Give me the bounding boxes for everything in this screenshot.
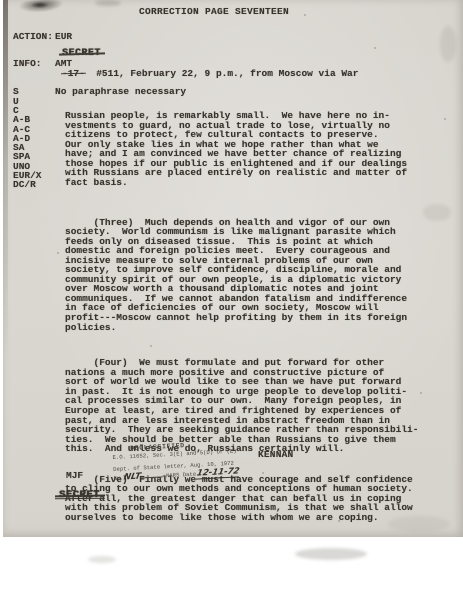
telegram-heading: #511, February 22, 9 p.m., from Moscow v…: [96, 68, 358, 79]
scan-smudge: [388, 516, 450, 532]
noise-speck: [150, 345, 152, 347]
distribution-column: ACTION: INFO: S U C A-B A-C A-D SA SPA U…: [13, 13, 53, 208]
scan-smudge: [440, 26, 456, 62]
noise-speck: [304, 14, 306, 16]
clerk-initials: MJF: [66, 471, 83, 480]
scan-edge-shadow: [3, 0, 8, 360]
action-value: EUR: [55, 32, 186, 41]
pencil-scribble-dark: [31, 2, 48, 8]
noise-speck: [262, 472, 264, 474]
nars-date-label: NARS Date: [166, 471, 197, 480]
scan-smudge: [95, 0, 121, 6]
info-label: INFO:: [13, 59, 53, 68]
struck-page-number: -17-: [62, 69, 85, 78]
para-three: (Three) Much depends on health and vigor…: [65, 218, 433, 333]
scan-smudge: [295, 548, 367, 560]
noise-speck: [338, 520, 340, 522]
signature-underline: [140, 471, 162, 478]
telegram-heading-line: -17- #511, February 22, 9 p.m., from Mos…: [62, 69, 358, 78]
noise-speck: [374, 47, 376, 49]
declassification-stamp: DECLASSIFIED E.O. 11652, Sec. 3(E) and 5…: [112, 439, 254, 484]
by-label: By: [114, 475, 121, 482]
spacer: [85, 68, 96, 79]
by-signature-handwritten: NLT: [123, 472, 142, 482]
para-continuation: Russian people, is remarkably small. We …: [65, 111, 433, 187]
secret-stamp-top-struck: SECRET: [62, 48, 101, 57]
scan-smudge: [88, 556, 116, 563]
secret-stamp-bottom-struck: SECRET: [59, 491, 100, 500]
noise-speck: [444, 118, 446, 120]
noise-speck: [57, 252, 59, 254]
noise-speck: [420, 392, 422, 394]
noise-speck: [238, 168, 240, 170]
signature-kennan: KENNAN: [258, 450, 293, 459]
scanned-telegram-page: CORRECTION PAGE SEVENTEEN ACTION: INFO: …: [0, 0, 463, 599]
noise-speck: [110, 372, 112, 374]
scan-smudge: [423, 204, 451, 221]
action-label: ACTION:: [13, 32, 53, 41]
distribution-codes: S U C A-B A-C A-D SA SPA UNO EUR/X DC/R: [13, 87, 53, 189]
